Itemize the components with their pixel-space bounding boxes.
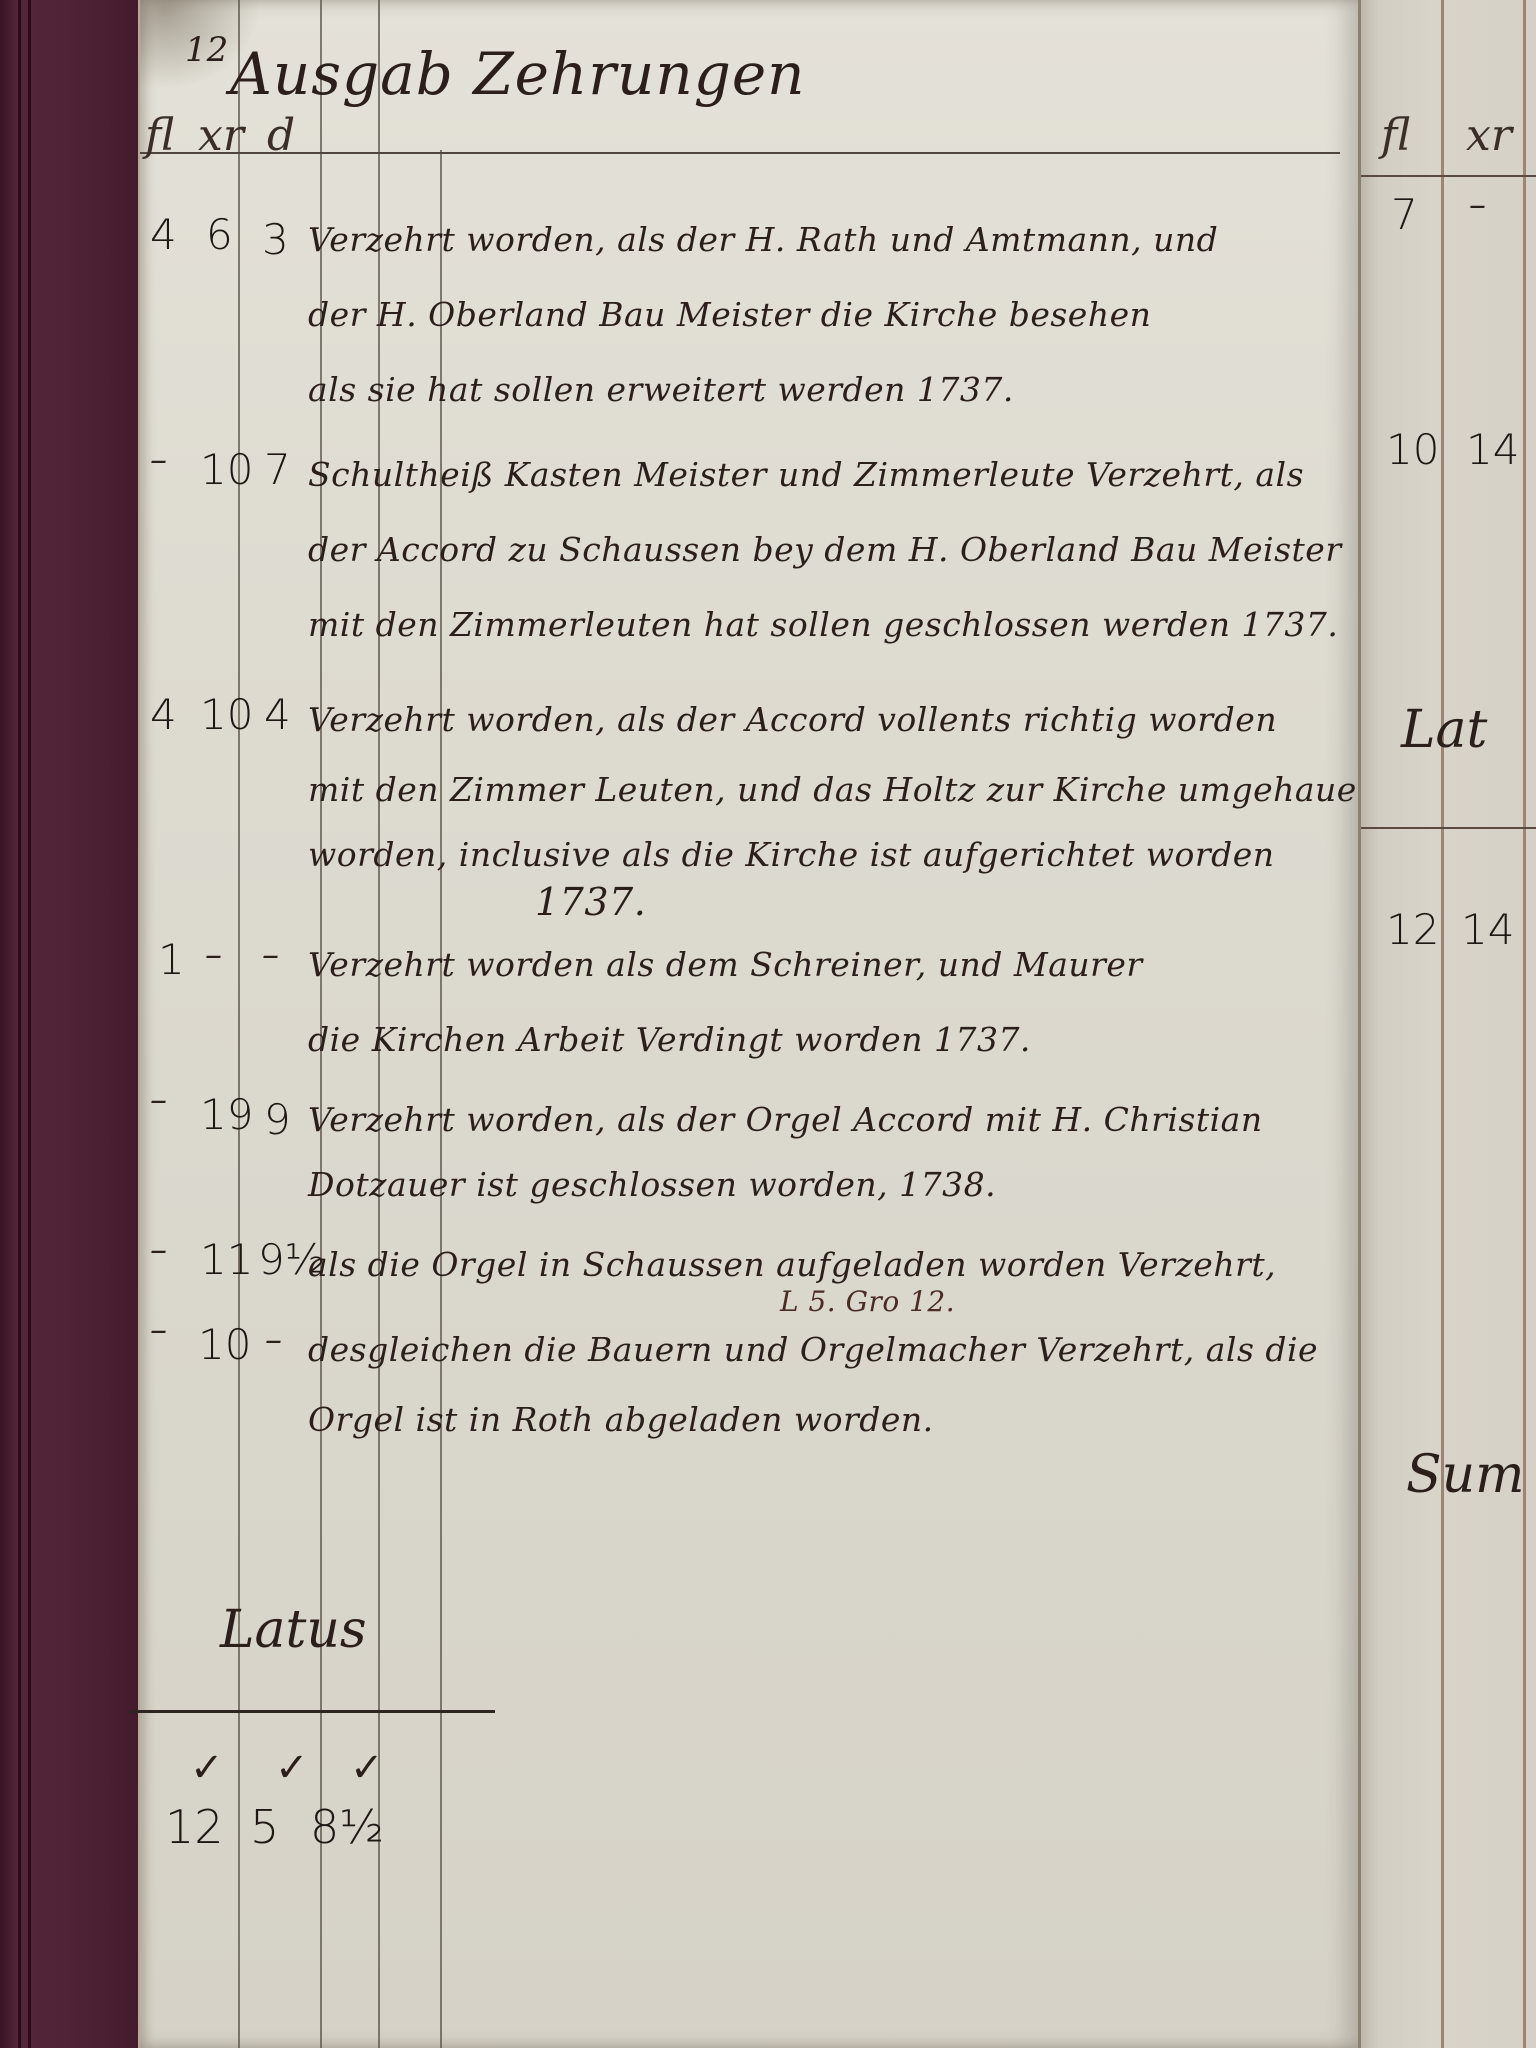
- column-header-d: d: [267, 110, 295, 161]
- amount-fl: 1: [158, 935, 185, 984]
- facing-total-fl: 12: [1386, 905, 1439, 954]
- facing-amount-fl: 7: [1391, 190, 1418, 239]
- amount-d: 3: [262, 215, 289, 264]
- header-rule: [140, 152, 1340, 154]
- amount-xr: 11: [200, 1235, 253, 1284]
- amount-fl: –: [150, 1080, 167, 1120]
- facing-total-rule: [1361, 827, 1536, 829]
- ledger-page: 12 Ausgab Zehrungen fl xr d 4 6 3 Verzeh…: [138, 0, 1360, 2048]
- amount-xr: 19: [200, 1090, 253, 1139]
- entry-text-year: 1737.: [535, 880, 646, 924]
- entry-text-line: Verzehrt worden als dem Schreiner, und M…: [308, 945, 1143, 984]
- amount-fl: 4: [150, 690, 177, 739]
- entry-text-line: mit den Zimmer Leuten, und das Holtz zur…: [308, 770, 1379, 809]
- amount-d: 9: [264, 1095, 291, 1144]
- check-mark-icon: ✓: [275, 1745, 309, 1791]
- facing-total-xr: 14: [1461, 905, 1514, 954]
- amount-fl: –: [150, 1230, 167, 1270]
- entry-text-line: Verzehrt worden, als der H. Rath und Amt…: [308, 220, 1218, 259]
- entry-text-line: worden, inclusive als die Kirche ist auf…: [308, 835, 1275, 874]
- facing-amount-fl: 10: [1386, 425, 1439, 474]
- check-mark-icon: ✓: [190, 1745, 224, 1791]
- total-xr: 5: [250, 1800, 279, 1854]
- entry-text-line: der Accord zu Schaussen bey dem H. Oberl…: [308, 530, 1342, 569]
- total-d: 8½: [310, 1800, 384, 1854]
- column-rule-fl-left: [238, 0, 240, 2048]
- entry-text-line: als die Orgel in Schaussen aufgeladen wo…: [308, 1245, 1276, 1284]
- amount-xr: 10: [200, 445, 253, 494]
- column-rule-d-text: [440, 150, 442, 2048]
- amount-fl: –: [150, 440, 167, 480]
- page-number: 12: [185, 30, 228, 70]
- amount-fl: 4: [150, 210, 177, 259]
- latus-label: Latus: [220, 1600, 367, 1660]
- amount-xr: –: [205, 935, 222, 975]
- amount-xr: 10: [200, 690, 253, 739]
- entry-text-line: mit den Zimmerleuten hat sollen geschlos…: [308, 605, 1338, 644]
- interlinear-note: L 5. Gro 12.: [780, 1285, 955, 1318]
- book-binding-cover: [0, 0, 150, 2048]
- amount-d: –: [262, 935, 279, 975]
- total-fl: 12: [165, 1800, 224, 1854]
- facing-column-rule: [1441, 0, 1444, 2048]
- amount-d: –: [265, 1320, 282, 1360]
- total-rule: [130, 1710, 495, 1713]
- entry-text-line: Verzehrt worden, als der Orgel Accord mi…: [308, 1100, 1263, 1139]
- facing-page: fl xr 7 – 10 14 Lat 12 14 Sum: [1358, 0, 1536, 2048]
- entry-text-line: Verzehrt worden, als der Accord vollents…: [308, 700, 1277, 739]
- facing-column-header-fl: fl: [1381, 110, 1410, 161]
- facing-summa-label: Sum: [1406, 1445, 1524, 1505]
- entry-text-line: als sie hat sollen erweitert werden 1737…: [308, 370, 1014, 409]
- facing-column-header-xr: xr: [1466, 110, 1512, 161]
- entry-text-line: Dotzauer ist geschlossen worden, 1738.: [308, 1165, 996, 1204]
- page-title: Ausgab Zehrungen: [230, 40, 806, 108]
- entry-text-line: die Kirchen Arbeit Verdingt worden 1737.: [308, 1020, 1031, 1059]
- facing-amount-xr: –: [1469, 185, 1486, 225]
- binding-groove: [18, 0, 21, 2048]
- amount-fl: –: [150, 1310, 167, 1350]
- entry-text-line: Schultheiß Kasten Meister und Zimmerleut…: [308, 455, 1304, 494]
- column-header-fl: fl: [145, 110, 174, 161]
- check-mark-icon: ✓: [350, 1745, 384, 1791]
- entry-text-line: der H. Oberland Bau Meister die Kirche b…: [308, 295, 1151, 334]
- facing-column-rule: [1523, 0, 1526, 2048]
- binding-groove: [28, 0, 31, 2048]
- amount-d: 7: [264, 445, 291, 494]
- amount-d: 4: [264, 690, 291, 739]
- amount-xr: 10: [198, 1320, 251, 1369]
- entry-text-line: Orgel ist in Roth abgeladen worden.: [308, 1400, 934, 1439]
- column-header-xr: xr: [198, 110, 244, 161]
- amount-xr: 6: [206, 210, 233, 259]
- facing-latus-label: Lat: [1401, 700, 1487, 760]
- entry-text-line: desgleichen die Bauern und Orgelmacher V…: [308, 1330, 1318, 1369]
- facing-amount-xr: 14: [1466, 425, 1519, 474]
- facing-header-rule: [1361, 175, 1536, 177]
